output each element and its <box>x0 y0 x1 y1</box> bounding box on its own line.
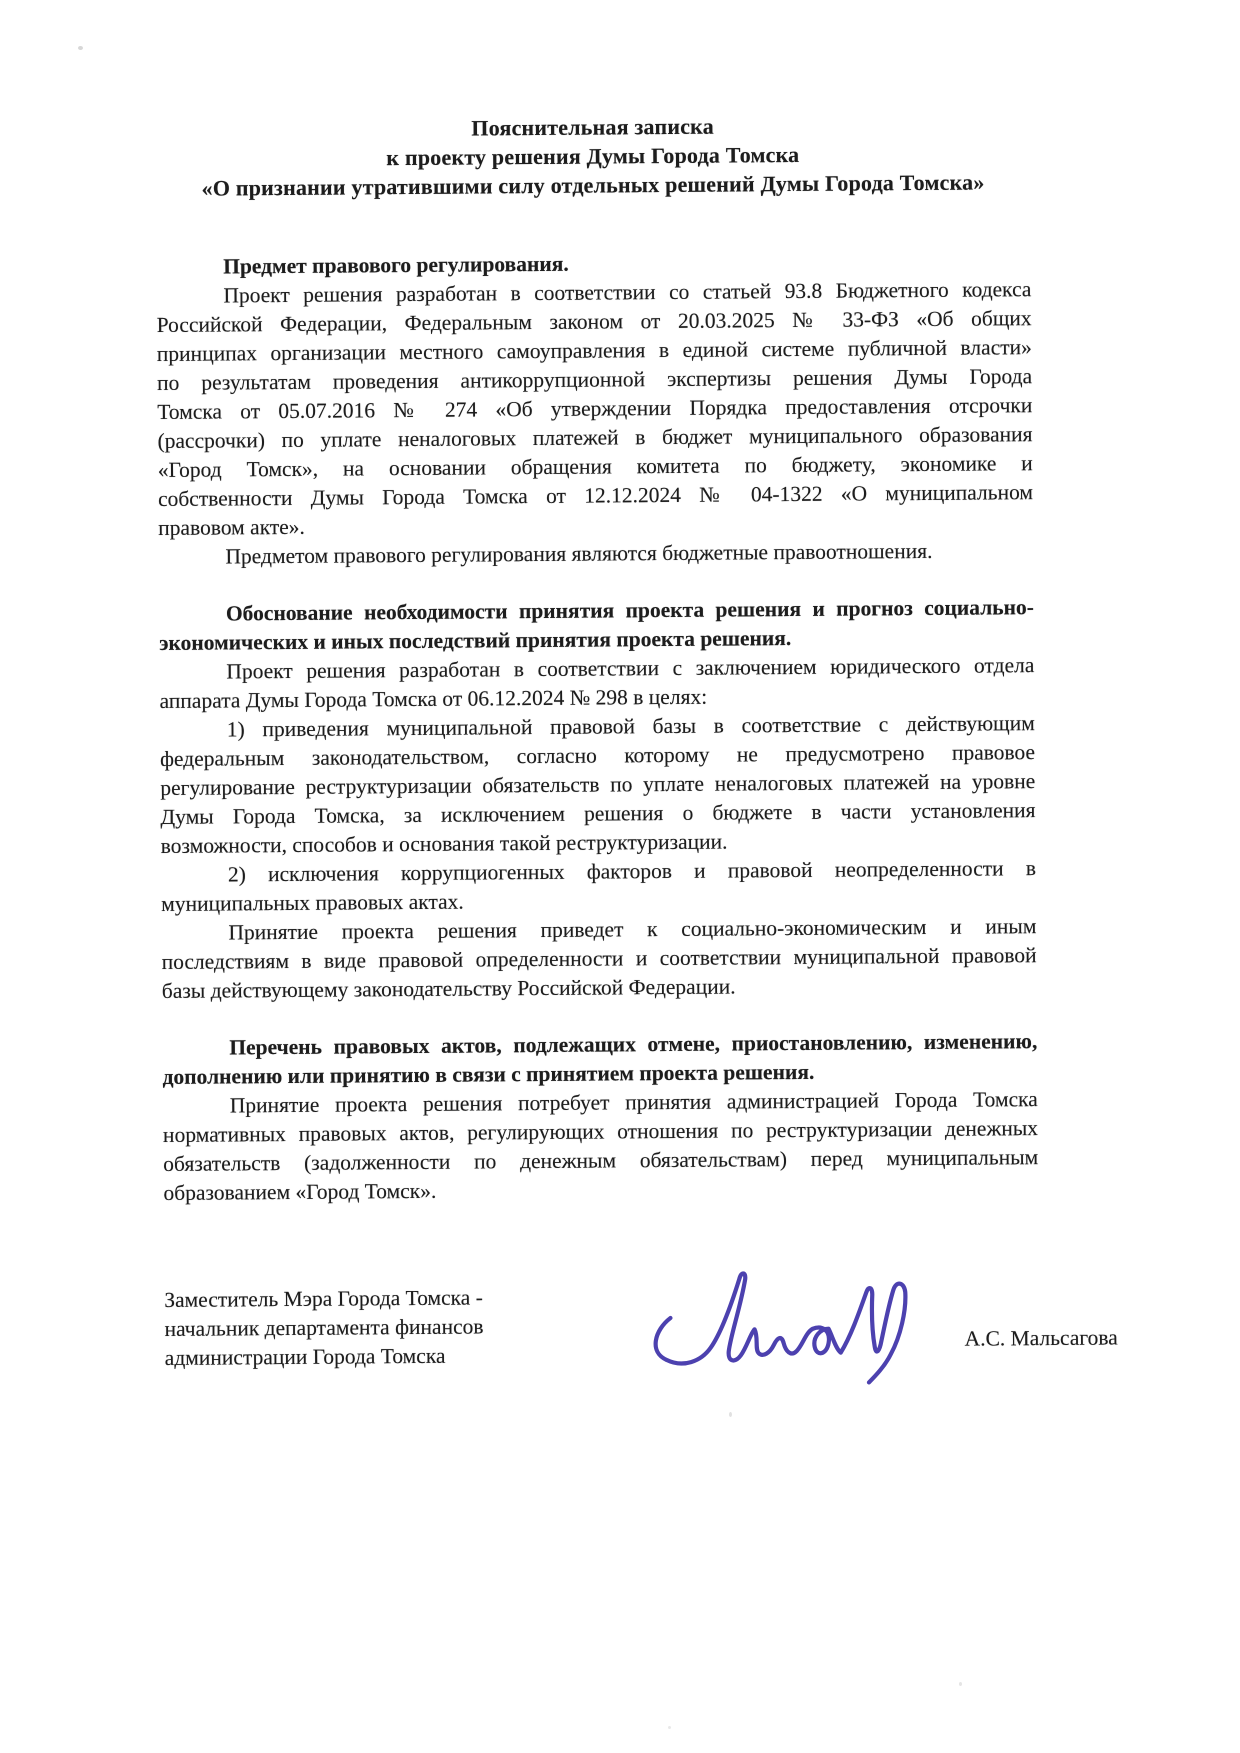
body-paragraph: Предметом правового регулирования являют… <box>158 536 1033 572</box>
body-paragraph: 1) приведения муниципальной правовой баз… <box>160 709 1036 861</box>
section-heading: Обоснование необходимости принятия проек… <box>159 593 1034 658</box>
paragraph-line: Предметом правового регулирования являют… <box>158 536 1033 572</box>
scan-speck <box>959 1682 962 1686</box>
title-line: «О признании утратившими силу отдельных … <box>155 167 1030 203</box>
body-paragraph: Принятие проекта решения потребует приня… <box>163 1085 1039 1208</box>
signatory-position-line: Заместитель Мэра Города Томска - <box>164 1283 584 1315</box>
document-title: Пояснительная запискак проекту решения Д… <box>155 109 1031 203</box>
document-content: Пояснительная запискак проекту решения Д… <box>155 109 1040 1456</box>
body-paragraph: Принятие проекта решения приведет к соци… <box>161 912 1037 1006</box>
paragraph-line: базы действующему законодательству Росси… <box>162 970 1037 1006</box>
body-paragraph: Проект решения разработан в соответствии… <box>156 275 1033 543</box>
scan-speck <box>668 1726 671 1729</box>
handwritten-signature-icon <box>642 1266 915 1396</box>
paragraph-line: образованием «Город Томск». <box>163 1172 1038 1208</box>
signatory-position: Заместитель Мэра Города Томска -начальни… <box>164 1283 585 1373</box>
body-paragraph: Проект решения разработан в соответствии… <box>159 651 1034 716</box>
body-paragraph: 2) исключения коррупциогенных факторов и… <box>161 854 1036 919</box>
signatory-position-line: администрации Города Томска <box>165 1341 585 1373</box>
scanned-document-page: Пояснительная запискак проекту решения Д… <box>0 0 1240 1753</box>
scan-speck <box>78 46 83 50</box>
signature-row: Заместитель Мэра Города Томска -начальни… <box>164 1279 1040 1456</box>
document-body: Предмет правового регулирования.Проект р… <box>156 246 1038 1208</box>
signer-name: А.С. Мальсагова <box>965 1325 1118 1351</box>
signatory-position-line: начальник департамента финансов <box>164 1312 584 1344</box>
section-heading: Перечень правовых актов, подлежащих отме… <box>162 1027 1037 1092</box>
